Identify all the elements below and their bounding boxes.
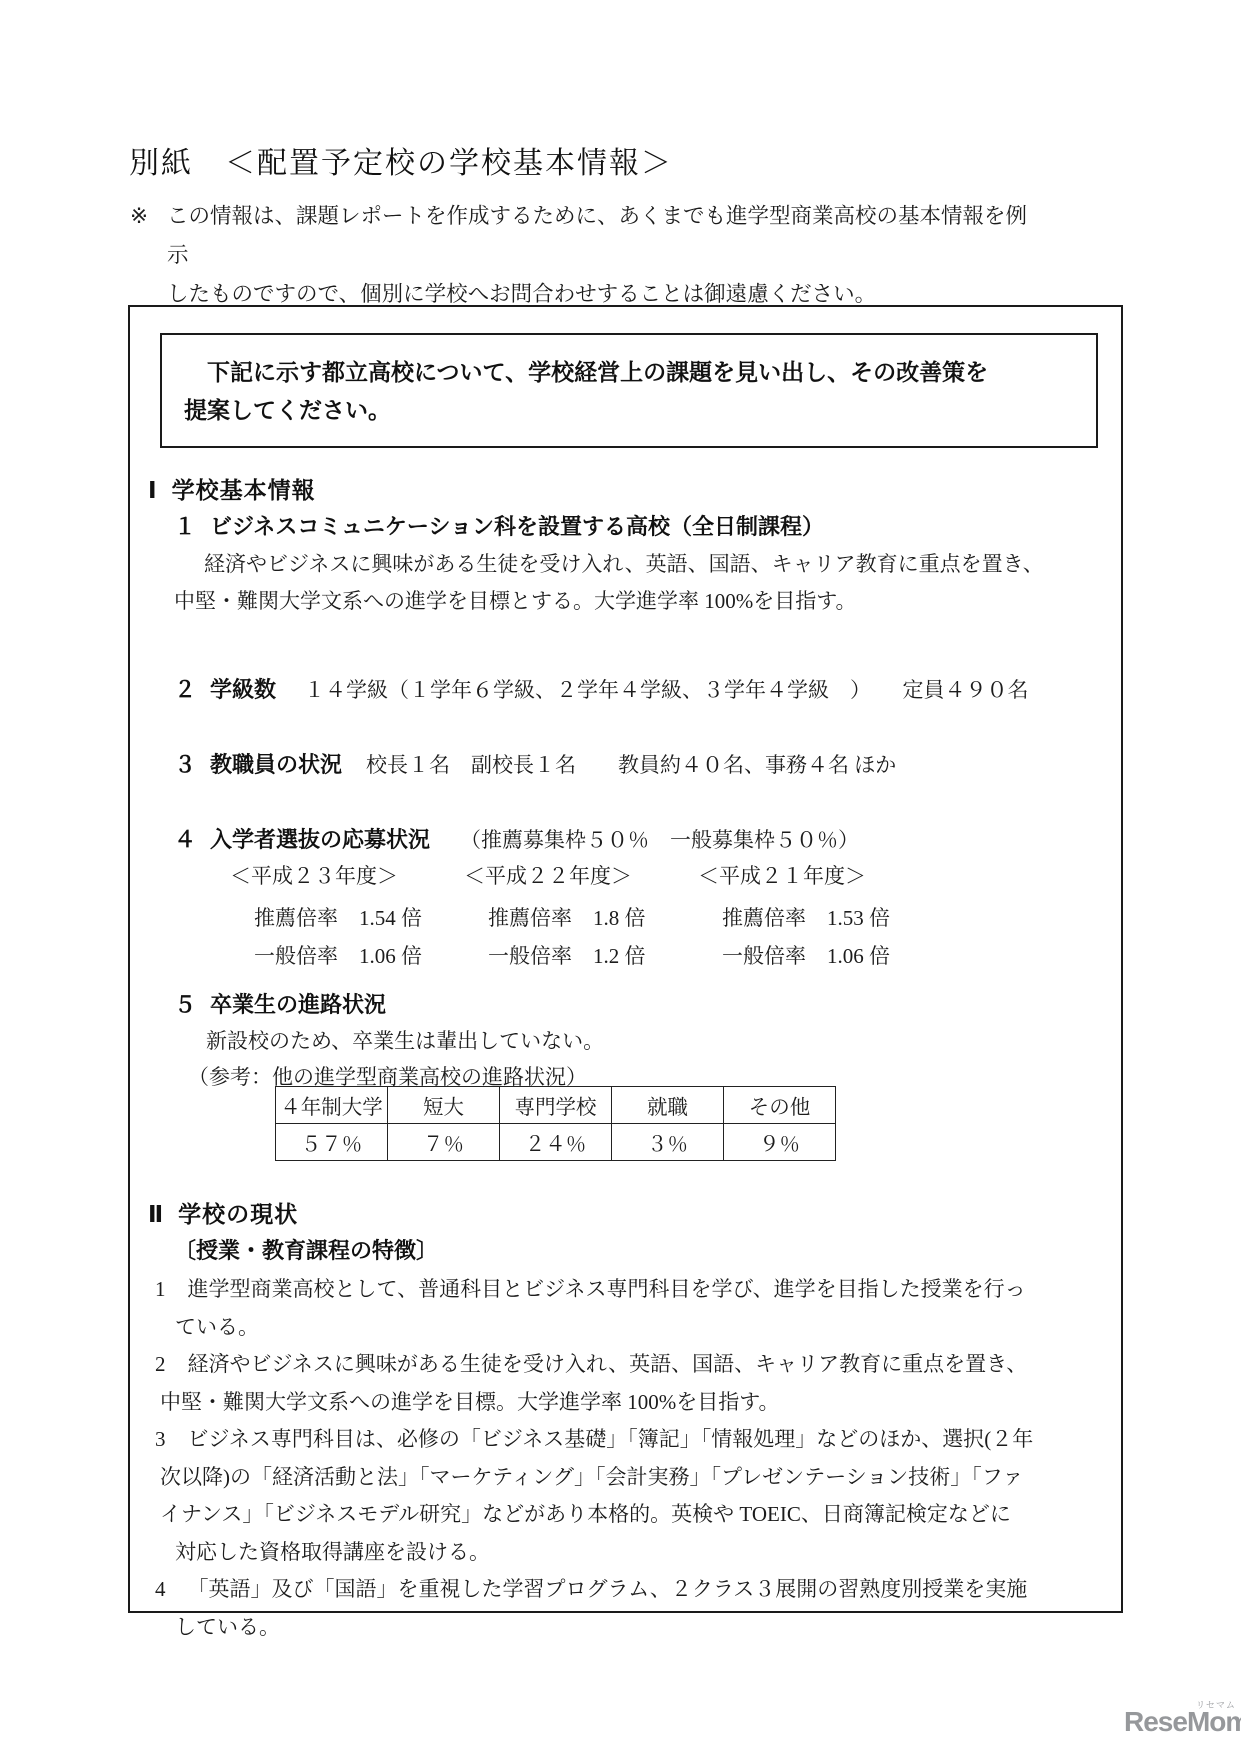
admission-column-h21: ＜平成２１年度＞ 推薦倍率 1.53 倍 一般倍率 1.06 倍 xyxy=(698,860,958,975)
s2-item3-line1: 3ビジネス専門科目は、必修の「ビジネス基礎」「簿記」「情報処理」などのほか、選択… xyxy=(130,1421,1100,1459)
s2-item1-line2: ている。 xyxy=(130,1309,1100,1347)
s2-item1-line1: 1進学型商業高校として、普通科目とビジネス専門科目を学び、進学を目指した授業を行… xyxy=(130,1271,1100,1309)
item5-heading: ５卒業生の進路状況 xyxy=(174,988,386,1019)
item1-line-1: 経済やビジネスに興味がある生徒を受け入れ、英語、国語、キャリア教育に重点を置き、 xyxy=(204,548,1044,578)
admission-year: ＜平成２１年度＞ xyxy=(698,860,958,890)
admission-year: ＜平成２３年度＞ xyxy=(230,860,490,890)
section2-title: 学校の現状 xyxy=(178,1201,298,1227)
career-value-cell: ９％ xyxy=(724,1124,836,1161)
s2-item2-line1: 2経済やビジネスに興味がある生徒を受け入れ、英語、国語、キャリア教育に重点を置き… xyxy=(130,1346,1100,1384)
item4-label: 入学者選抜の応募状況 xyxy=(210,827,430,852)
section1-heading: Ⅰ学校基本情報 xyxy=(148,472,316,505)
career-header-cell: 専門学校 xyxy=(500,1087,612,1124)
admission-ippan-rate: 一般倍率 1.06 倍 xyxy=(698,937,958,975)
career-header-cell: その他 xyxy=(724,1087,836,1124)
item3-label: 教職員の状況 xyxy=(210,752,342,777)
instruction-box: 下記に示す都立高校について、学校経営上の課題を見い出し、その改善策を 提案してく… xyxy=(160,333,1098,448)
s2-item4-text: 「英語」及び「国語」を重視した学習プログラム、２クラス３展開の習熟度別授業を実施 xyxy=(188,1577,1028,1601)
s2-item3-line2: 次以降)の「経済活動と法」「マーケティング」「会計実務」「プレゼンテーション技術… xyxy=(130,1459,1100,1497)
section1-title: 学校基本情報 xyxy=(172,477,316,503)
career-value-cell: ３％ xyxy=(612,1124,724,1161)
s2-item4-line2: している。 xyxy=(130,1609,1100,1647)
item1-line-2: 中堅・難関大学文系への進学を目標とする。大学進学率 100%を目指す。 xyxy=(174,585,857,615)
s2-item3-line3: イナンス」「ビジネスモデル研究」などがあり本格的。英検や TOEIC、日商簿記検… xyxy=(130,1496,1100,1534)
note-marker: ※ xyxy=(130,197,167,314)
item1-heading: １ビジネスコミュニケーション科を設置する高校（全日制課程） xyxy=(174,510,824,541)
item4-number: ４ xyxy=(174,827,196,852)
item2-row: ２学級数１４学級（１学年６学級、２学年４学級、３学年４学級 ） 定員４９０名 xyxy=(174,673,1029,704)
page-title: 別紙 ＜配置予定校の学校基本情報＞ xyxy=(129,138,673,182)
item3-number: ３ xyxy=(174,752,196,777)
item4-row: ４入学者選抜の応募状況（推薦募集枠５０％ 一般募集枠５０％） xyxy=(174,823,859,854)
instruction-line-2: 提案してください。 xyxy=(184,391,1074,429)
section2-heading: Ⅱ学校の現状 xyxy=(148,1196,298,1229)
s2-item2-line2: 中堅・難関大学文系への進学を目標。大学進学率 100%を目指す。 xyxy=(130,1384,1100,1422)
s2-item2-number: 2 xyxy=(155,1352,166,1376)
career-path-table: ４年制大学 短大 専門学校 就職 その他 ５７％ ７％ ２４％ ３％ ９％ xyxy=(275,1086,836,1161)
admission-suisen-rate: 推薦倍率 1.54 倍 xyxy=(230,899,490,937)
section2-subtitle: 〔授業・教育課程の特徴〕 xyxy=(174,1234,438,1265)
section2-item-list: 1進学型商業高校として、普通科目とビジネス専門科目を学び、進学を目指した授業を行… xyxy=(130,1271,1100,1646)
content-border-box: 下記に示す都立高校について、学校経営上の課題を見い出し、その改善策を 提案してく… xyxy=(128,305,1123,1613)
resemom-logo: ReseMom. xyxy=(1124,1706,1241,1738)
item5-label: 卒業生の進路状況 xyxy=(210,992,386,1017)
career-table-value-row: ５７％ ７％ ２４％ ３％ ９％ xyxy=(276,1124,836,1161)
s2-item3-line4: 対応した資格取得講座を設ける。 xyxy=(130,1534,1100,1572)
item2-number: ２ xyxy=(174,677,196,702)
admission-ippan-rate: 一般倍率 1.06 倍 xyxy=(230,937,490,975)
career-value-cell: ２４％ xyxy=(500,1124,612,1161)
disclaimer-note: ※ この情報は、課題レポートを作成するために、あくまでも進学型商業高校の基本情報… xyxy=(130,197,1040,314)
admission-column-h22: ＜平成２２年度＞ 推薦倍率 1.8 倍 一般倍率 1.2 倍 xyxy=(464,860,724,975)
s2-item2-text: 経済やビジネスに興味がある生徒を受け入れ、英語、国語、キャリア教育に重点を置き、 xyxy=(188,1352,1028,1376)
admission-ippan-rate: 一般倍率 1.2 倍 xyxy=(464,937,724,975)
item4-value: （推薦募集枠５０％ 一般募集枠５０％） xyxy=(460,828,859,852)
s2-item4-number: 4 xyxy=(155,1577,166,1601)
item1-number: １ xyxy=(174,514,196,539)
admission-column-h23: ＜平成２３年度＞ 推薦倍率 1.54 倍 一般倍率 1.06 倍 xyxy=(230,860,490,975)
career-value-cell: ７％ xyxy=(388,1124,500,1161)
s2-item3-text: ビジネス専門科目は、必修の「ビジネス基礎」「簿記」「情報処理」などのほか、選択(… xyxy=(188,1427,1034,1451)
career-header-cell: 就職 xyxy=(612,1087,724,1124)
section1-number: Ⅰ xyxy=(148,477,158,503)
item1-label: ビジネスコミュニケーション科を設置する高校（全日制課程） xyxy=(210,514,824,539)
career-header-cell: ４年制大学 xyxy=(276,1087,388,1124)
item2-value: １４学級（１学年６学級、２学年４学級、３学年４学級 ） 定員４９０名 xyxy=(304,678,1029,702)
item2-label: 学級数 xyxy=(210,677,276,702)
s2-item1-text: 進学型商業高校として、普通科目とビジネス専門科目を学び、進学を目指した授業を行っ xyxy=(188,1277,1026,1301)
admission-suisen-rate: 推薦倍率 1.8 倍 xyxy=(464,899,724,937)
item5-line-1: 新設校のため、卒業生は輩出していない。 xyxy=(206,1025,604,1055)
note-line-1: この情報は、課題レポートを作成するために、あくまでも進学型商業高校の基本情報を例… xyxy=(167,197,1040,275)
career-header-cell: 短大 xyxy=(388,1087,500,1124)
item3-row: ３教職員の状況校長１名 副校長１名 教員約４０名、事務４名 ほか xyxy=(174,748,896,779)
instruction-line-1: 下記に示す都立高校について、学校経営上の課題を見い出し、その改善策を xyxy=(184,353,1074,391)
section2-number: Ⅱ xyxy=(148,1201,164,1227)
note-lines: この情報は、課題レポートを作成するために、あくまでも進学型商業高校の基本情報を例… xyxy=(167,197,1040,314)
admission-suisen-rate: 推薦倍率 1.53 倍 xyxy=(698,899,958,937)
item5-number: ５ xyxy=(174,992,196,1017)
admission-year: ＜平成２２年度＞ xyxy=(464,860,724,890)
career-table-header-row: ４年制大学 短大 専門学校 就職 その他 xyxy=(276,1087,836,1124)
career-value-cell: ５７％ xyxy=(276,1124,388,1161)
s2-item1-number: 1 xyxy=(155,1277,166,1301)
s2-item4-line1: 4「英語」及び「国語」を重視した学習プログラム、２クラス３展開の習熟度別授業を実… xyxy=(130,1571,1100,1609)
s2-item3-number: 3 xyxy=(155,1427,166,1451)
document-page: 別紙 ＜配置予定校の学校基本情報＞ ※ この情報は、課題レポートを作成するために… xyxy=(0,0,1241,1755)
item3-value: 校長１名 副校長１名 教員約４０名、事務４名 ほか xyxy=(366,753,896,777)
